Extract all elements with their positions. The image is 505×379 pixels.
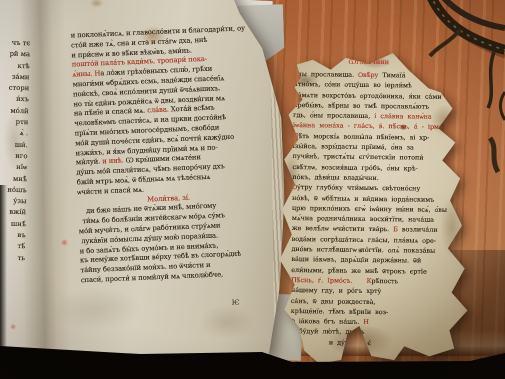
page-stain xyxy=(90,0,104,8)
catchword: Ѥ xyxy=(232,299,240,307)
text-line: рти xyxy=(0,116,28,128)
text-line: мо́лй xyxy=(0,105,29,117)
shadow-edge-left xyxy=(0,185,7,379)
text-line: ктѣ xyxy=(0,60,30,72)
page-stain xyxy=(52,286,143,331)
text-line: и́хъ xyxy=(0,94,29,106)
text-line: црии ду́хомъ, є́ xyxy=(290,337,458,349)
text-line: мнѣ̀ xyxy=(0,173,27,185)
text-line: нїѡ xyxy=(0,162,27,174)
text-line: ѧ̀ . xyxy=(0,128,28,140)
manuscript-photo: чъ тєрй мактѣза́мистории́хъмо́лйртиѧ̀ .ш… xyxy=(0,0,505,379)
page-stain xyxy=(199,304,255,339)
red-ink-speck xyxy=(61,239,68,246)
text-line: стори xyxy=(0,83,29,95)
text-line: нго xyxy=(0,150,28,162)
right-page-text: и поклонѧ́тисѧ, и главосло́вити и благод… xyxy=(70,24,263,286)
text-line: ши́. xyxy=(0,139,28,151)
text-line: рй ма xyxy=(0,49,30,61)
open-book: чъ тєрй мактѣза́мистории́хъмо́лйртиѧ̀ .ш… xyxy=(0,0,296,372)
red-ink-speck xyxy=(10,324,16,330)
text-line: чъ тє xyxy=(0,37,30,49)
text-line: за́ми xyxy=(0,71,30,83)
book-pages: чъ тєрй мактѣза́мистории́хъмо́лйртиѧ̀ .ш… xyxy=(0,0,291,364)
twig xyxy=(372,0,505,190)
